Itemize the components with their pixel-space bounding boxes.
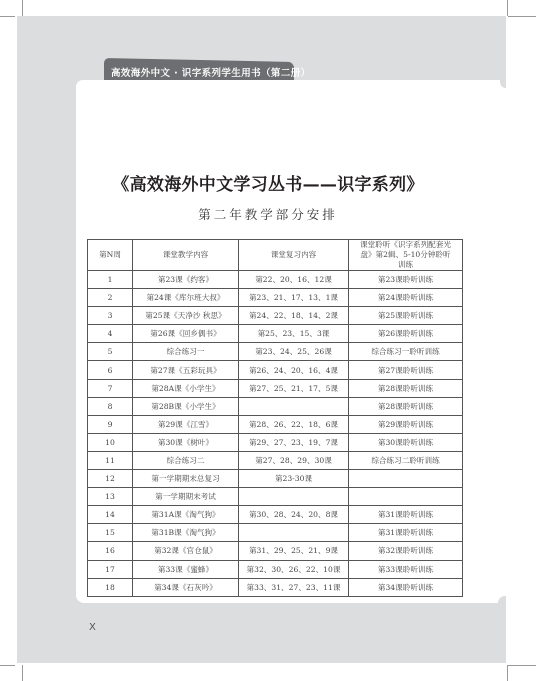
crop-mark — [508, 665, 536, 666]
table-row: 3第25课《天净沙 秋思》第24、22、18、14、2课第25课聆听训练 — [88, 307, 463, 325]
table-row: 16第32课《官仓鼠》第31、29、25、21、9课第32课聆听训练 — [88, 542, 463, 560]
table-row: 13第一学期期末考试 — [88, 488, 463, 506]
cell-review: 第24、22、18、14、2课 — [239, 307, 349, 325]
table-row: 9第29课《江雪》第28、26、22、18、6课第29课聆听训练 — [88, 415, 463, 433]
crop-mark — [507, 665, 508, 681]
cell-listening: 第33课聆听训练 — [349, 560, 463, 578]
cell-review: 第32、30、26、22、10课 — [239, 560, 349, 578]
cell-listening: 第28课聆听训练 — [349, 397, 463, 415]
table-row: 7第28A课《小学生》第27、25、21、17、5课第28课聆听训练 — [88, 379, 463, 397]
cell-listening: 第32课聆听训练 — [349, 542, 463, 560]
document-subtitle: 第二年教学部分安排 — [0, 205, 536, 223]
cell-lesson: 综合练习二 — [133, 451, 239, 469]
table-row: 18第34课《石灰吟》第33、31、27、23、11课第34课聆听训练 — [88, 578, 463, 596]
cell-lesson: 第31A课《淘气狗》 — [133, 506, 239, 524]
cell-week: 4 — [88, 325, 133, 343]
cell-lesson: 第26课《回乡偶书》 — [133, 325, 239, 343]
table-row: 4第26课《回乡偶书》第25、23、15、3课第26课聆听训练 — [88, 325, 463, 343]
cell-lesson: 第25课《天净沙 秋思》 — [133, 307, 239, 325]
crop-mark — [22, 0, 23, 16]
cell-week: 16 — [88, 542, 133, 560]
cell-review: 第31、29、25、21、9课 — [239, 542, 349, 560]
cell-week: 10 — [88, 433, 133, 451]
cell-lesson: 第28B课《小学生》 — [133, 397, 239, 415]
cell-listening: 第31课聆听训练 — [349, 506, 463, 524]
cell-review: 第28、26、22、18、6课 — [239, 415, 349, 433]
table-row: 1第23课《约客》第22、20、16、12课第23课聆听训练 — [88, 271, 463, 289]
cell-lesson: 第33课《蜜蜂》 — [133, 560, 239, 578]
table-row: 12第一学期期末总复习第23-30课 — [88, 470, 463, 488]
column-header-review: 课堂复习内容 — [239, 240, 349, 271]
cell-week: 14 — [88, 506, 133, 524]
column-header-listening: 课堂聆听《识字系列配套光盘》第2辑、5-10分钟聆听训练 — [349, 240, 463, 271]
cell-lesson: 第34课《石灰吟》 — [133, 578, 239, 596]
cell-review: 第23-30课 — [239, 470, 349, 488]
cell-listening: 第30课聆听训练 — [349, 433, 463, 451]
table-row: 14第31A课《淘气狗》第30、28、24、20、8课第31课聆听训练 — [88, 506, 463, 524]
cell-week: 5 — [88, 343, 133, 361]
cell-week: 17 — [88, 560, 133, 578]
cell-lesson: 第30课《树叶》 — [133, 433, 239, 451]
cell-listening: 第25课聆听训练 — [349, 307, 463, 325]
schedule-table: 第N周 课堂教学内容 课堂复习内容 课堂聆听《识字系列配套光盘》第2辑、5-10… — [87, 239, 463, 597]
cell-listening: 第28课聆听训练 — [349, 379, 463, 397]
column-header-week: 第N周 — [88, 240, 133, 271]
crop-mark — [0, 16, 15, 17]
cell-week: 11 — [88, 451, 133, 469]
cell-listening: 第24课聆听训练 — [349, 289, 463, 307]
cell-review: 第26、24、20、16、4课 — [239, 361, 349, 379]
table-row: 15第31B课《淘气狗》第31课聆听训练 — [88, 524, 463, 542]
card-corner-notch — [498, 596, 506, 603]
cell-week: 6 — [88, 361, 133, 379]
table-row: 5综合练习一第23、24、25、26课综合练习一聆听训练 — [88, 343, 463, 361]
cell-review: 第25、23、15、3课 — [239, 325, 349, 343]
cell-lesson: 第31B课《淘气狗》 — [133, 524, 239, 542]
cell-lesson: 第28A课《小学生》 — [133, 379, 239, 397]
cell-lesson: 综合练习一 — [133, 343, 239, 361]
table-row: 8第28B课《小学生》第28课聆听训练 — [88, 397, 463, 415]
cell-review: 第23、24、25、26课 — [239, 343, 349, 361]
cell-week: 12 — [88, 470, 133, 488]
cell-lesson: 第一学期期末总复习 — [133, 470, 239, 488]
cell-review — [239, 488, 349, 506]
cell-listening: 第23课聆听训练 — [349, 271, 463, 289]
cell-listening: 第34课聆听训练 — [349, 578, 463, 596]
cell-listening: 第27课聆听训练 — [349, 361, 463, 379]
cell-listening: 综合练习二聆听训练 — [349, 451, 463, 469]
cell-week: 8 — [88, 397, 133, 415]
running-header-title: 高效海外中文 · 识字系列学生用书（第二册） — [111, 65, 311, 79]
cell-lesson: 第23课《约客》 — [133, 271, 239, 289]
crop-mark — [22, 665, 23, 681]
cell-review: 第29、27、23、19、7课 — [239, 433, 349, 451]
cell-review: 第27、28、29、30课 — [239, 451, 349, 469]
table-row: 17第33课《蜜蜂》第32、30、26、22、10课第33课聆听训练 — [88, 560, 463, 578]
cell-listening: 第26课聆听训练 — [349, 325, 463, 343]
cell-listening — [349, 470, 463, 488]
cell-listening — [349, 488, 463, 506]
column-header-lesson: 课堂教学内容 — [133, 240, 239, 271]
cell-review — [239, 524, 349, 542]
cell-lesson: 第一学期期末考试 — [133, 488, 239, 506]
cell-review: 第23、21、17、13、1课 — [239, 289, 349, 307]
cell-week: 13 — [88, 488, 133, 506]
table-row: 10第30课《树叶》第29、27、23、19、7课第30课聆听训练 — [88, 433, 463, 451]
cell-review — [239, 397, 349, 415]
cell-review: 第27、25、21、17、5课 — [239, 379, 349, 397]
crop-mark — [507, 0, 508, 16]
cell-week: 2 — [88, 289, 133, 307]
cell-week: 18 — [88, 578, 133, 596]
cell-lesson: 第32课《官仓鼠》 — [133, 542, 239, 560]
cell-week: 3 — [88, 307, 133, 325]
cell-lesson: 第27课《五彩玩具》 — [133, 361, 239, 379]
cell-listening: 第31课聆听训练 — [349, 524, 463, 542]
table-row: 11综合练习二第27、28、29、30课综合练习二聆听训练 — [88, 451, 463, 469]
page-number: X — [89, 622, 96, 633]
cell-review: 第33、31、27、23、11课 — [239, 578, 349, 596]
cell-lesson: 第29课《江雪》 — [133, 415, 239, 433]
cell-week: 7 — [88, 379, 133, 397]
cell-week: 15 — [88, 524, 133, 542]
cell-review: 第30、28、24、20、8课 — [239, 506, 349, 524]
crop-mark — [508, 16, 536, 17]
cell-week: 1 — [88, 271, 133, 289]
crop-mark — [0, 665, 15, 666]
cell-week: 9 — [88, 415, 133, 433]
cell-listening: 第29课聆听训练 — [349, 415, 463, 433]
table-row: 2第24课《库尔班大叔》第23、21、17、13、1课第24课聆听训练 — [88, 289, 463, 307]
table-row: 6第27课《五彩玩具》第26、24、20、16、4课第27课聆听训练 — [88, 361, 463, 379]
document-title: 《高效海外中文学习丛书——识字系列》 — [0, 170, 536, 195]
cell-lesson: 第24课《库尔班大叔》 — [133, 289, 239, 307]
cell-review: 第22、20、16、12课 — [239, 271, 349, 289]
table-header-row: 第N周 课堂教学内容 课堂复习内容 课堂聆听《识字系列配套光盘》第2辑、5-10… — [88, 240, 463, 271]
cell-listening: 综合练习一聆听训练 — [349, 343, 463, 361]
